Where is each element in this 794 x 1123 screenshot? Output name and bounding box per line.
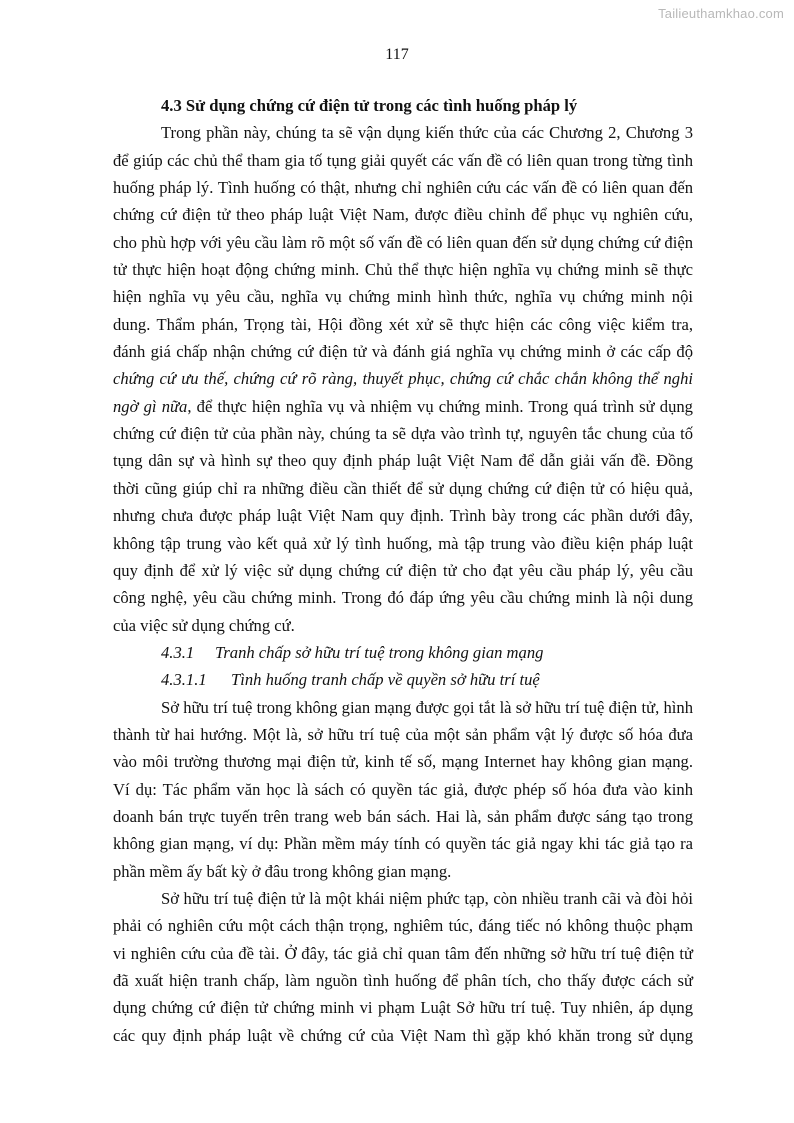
text-line: vào môi trường thương mại điện tử, kinh … [113,748,693,775]
text-line: đánh giá chấp nhận chứng cứ điện tử và đ… [113,338,693,365]
watermark: Tailieuthamkhao.com [658,6,784,21]
text-line: tụng dân sự và hình sự theo quy định phá… [113,447,693,474]
paragraph-intro: Trong phần này, chúng ta sẽ vận dụng kiế… [113,119,693,639]
text-line: Trong phần này, chúng ta sẽ vận dụng kiế… [113,119,693,146]
page-number: 117 [0,46,794,64]
text-span: , để thực hiện nghĩa vụ và nhiệm vụ chứn… [187,397,693,416]
text-line: Sở hữu trí tuệ điện tử là một khái niệm … [113,885,693,912]
subsection-heading-4-3-1: 4.3.1Tranh chấp sở hữu trí tuệ trong khô… [113,639,693,666]
text-line-italic: chứng cứ ưu thế, chứng cứ rõ ràng, thuyế… [113,365,693,392]
text-line: chứng cứ điện tử của phần này, chúng ta … [113,420,693,447]
text-line: chứng cứ điện tử theo pháp luật Việt Nam… [113,201,693,228]
paragraph-ip-definition: Sở hữu trí tuệ trong không gian mạng đượ… [113,694,693,885]
subsection-number: 4.3.1.1 [161,666,231,693]
subsection-heading-4-3-1-1: 4.3.1.1Tình huống tranh chấp về quyền sở… [113,666,693,693]
italic-phrase: ngờ gì nữa [113,397,187,416]
text-line: các quy định pháp luật về chứng cứ của V… [113,1022,693,1049]
paragraph-ip-complexity: Sở hữu trí tuệ điện tử là một khái niệm … [113,885,693,1049]
text-line: không tập trung vào kết quả xử lý tình h… [113,530,693,557]
text-line: công nghệ, yêu cầu chứng minh. Trong đó … [113,584,693,611]
text-line: huống pháp lý. Tình huống có thật, nhưng… [113,174,693,201]
text-line-mixed: ngờ gì nữa, để thực hiện nghĩa vụ và nhi… [113,393,693,420]
text-line: cho phù hợp với yêu cầu làm rõ một số vấ… [113,229,693,256]
text-line: dụng chứng cứ điện tử chứng minh vi phạm… [113,994,693,1021]
text-line: của việc sử dụng chứng cứ. [113,612,693,639]
text-line: quy định để xử lý việc sử dụng chứng cứ … [113,557,693,584]
text-line: Sở hữu trí tuệ trong không gian mạng đượ… [113,694,693,721]
text-line: hiện nghĩa vụ yêu cầu, nghĩa vụ chứng mi… [113,283,693,310]
text-line: để giúp các chủ thể tham gia tố tụng giả… [113,147,693,174]
text-line: nhưng chưa được pháp luật Việt Nam quy đ… [113,502,693,529]
text-line: Ví dụ: Tác phẩm văn học là sách có quyền… [113,776,693,803]
subsection-title: Tình huống tranh chấp về quyền sở hữu tr… [231,670,540,689]
text-line: thời cũng giúp chỉ ra những điều cần thi… [113,475,693,502]
text-line: doanh bán trực tuyến trên trang web bán … [113,803,693,830]
text-line: phần mềm ấy bất kỳ ở đâu trong không gia… [113,858,693,885]
text-line: vi nghiên cứu của đề tài. Ở đây, tác giả… [113,940,693,967]
text-line: tử thực hiện hoạt động chứng minh. Chủ t… [113,256,693,283]
text-line: không gian mạng, ví dụ: Phần mềm máy tín… [113,830,693,857]
text-line: thành từ hai hướng. Một là, sở hữu trí t… [113,721,693,748]
subsection-number: 4.3.1 [161,639,215,666]
text-line: phải có nghiên cứu một cách thận trọng, … [113,912,693,939]
subsection-title: Tranh chấp sở hữu trí tuệ trong không gi… [215,643,543,662]
text-line: dung. Thẩm phán, Trọng tài, Hội đồng xét… [113,311,693,338]
document-body: 4.3 Sử dụng chứng cứ điện tử trong các t… [113,92,693,1049]
section-heading: 4.3 Sử dụng chứng cứ điện tử trong các t… [113,92,693,119]
text-line: đã xuất hiện tranh chấp, làm nguồn tình … [113,967,693,994]
